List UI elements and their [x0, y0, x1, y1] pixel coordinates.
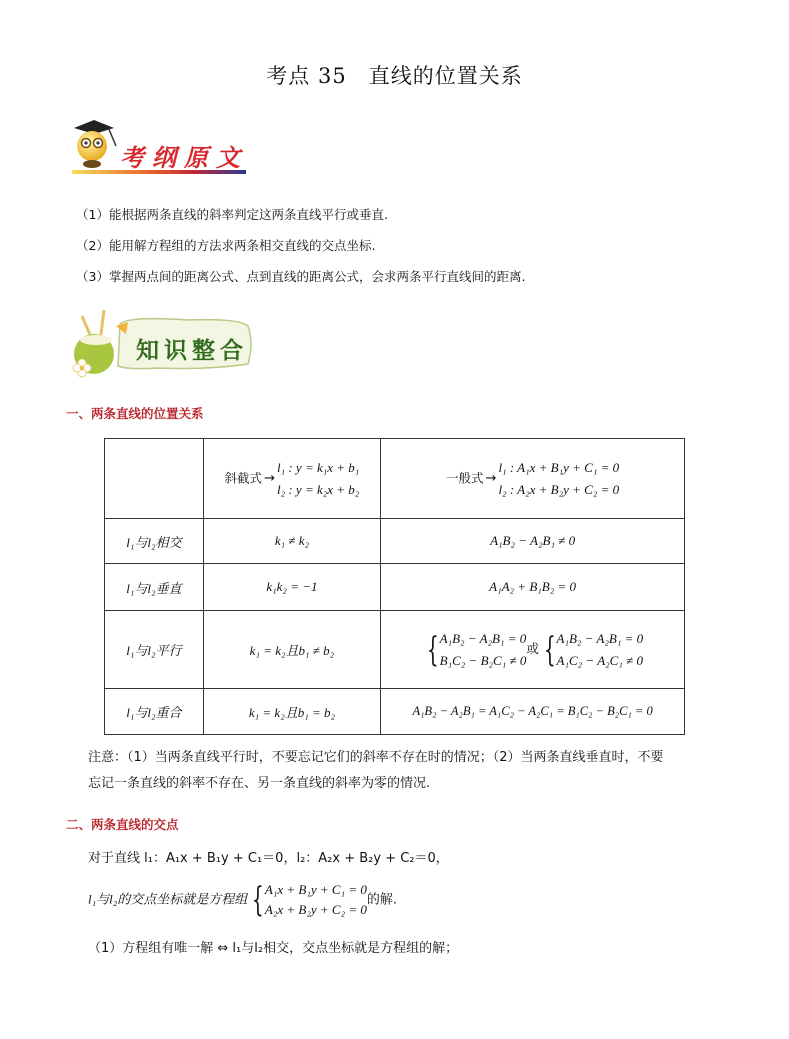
general-condition-cell: A₁A₂ + B₁B₂ = 0 — [381, 564, 685, 611]
objective-2: （2）能用解方程组的方法求两条相交直线的交点坐标. — [76, 238, 375, 254]
intersection-item-1: （1）方程组有唯一解 ⇔ l₁与l₂相交，交点坐标就是方程组的解； — [88, 936, 458, 962]
slope-eq-l2: l₂ : y = k₂x + b₂ — [277, 482, 359, 497]
objective-1: （1）能根据两条直线的斜率判定这两条直线平行或垂直. — [76, 207, 388, 223]
left-brace-icon: { — [544, 630, 556, 670]
general-condition-cell: {A₁B₂ − A₂B₁ = 0B₁C₂ − B₂C₁ ≠ 0或{A₁B₂ − … — [381, 611, 685, 689]
note-line-2: 忘记一条直线的斜率不存在、另一条直线的斜率为零的情况. — [88, 771, 728, 797]
header-general-form: 一般式→l₁ : A₁x + B₁y + C₁ = 0l₂ : A₂x + B₂… — [381, 439, 685, 519]
relation-cell: l₁与l₂垂直 — [105, 564, 204, 611]
general-eq-l1: l₁ : A₁x + B₁y + C₁ = 0 — [498, 460, 619, 475]
intersection-system-line: l₁与l₂的交点坐标就是方程组{A₁x + B₁y + C₁ = 0A₂x + … — [88, 880, 397, 920]
intersection-lines-definition: 对于直线 l₁：A₁x + B₁y + C₁＝0，l₂：A₂x + B₂y + … — [88, 846, 449, 872]
exam-outline-label: 考纲原文 — [120, 138, 248, 173]
general-condition-cell: A₁B₂ − A₂B₁ ≠ 0 — [381, 519, 685, 564]
relation-cell: l₁与l₂重合 — [105, 689, 204, 735]
table-header-row: 斜截式→l₁ : y = k₁x + b₁l₂ : y = k₂x + b₂ 一… — [105, 439, 685, 519]
slope-condition-cell: k₁k₂ = −1 — [203, 564, 380, 611]
section1-heading: 一、两条直线的位置关系 — [66, 404, 204, 422]
right-arrow-icon: → — [486, 471, 497, 486]
left-brace-icon: { — [252, 880, 264, 920]
relation-cell: l₁与l₂平行 — [105, 611, 204, 689]
slope-eq-l1: l₁ : y = k₁x + b₁ — [277, 460, 359, 475]
knowledge-label: 知识整合 — [136, 332, 248, 365]
table-row: l₁与l₂平行 k₁ = k₂且b₁ ≠ b₂ {A₁B₂ − A₂B₁ = 0… — [105, 611, 685, 689]
system-eq-1: A₁x + B₁y + C₁ = 0 — [265, 882, 367, 897]
note-paragraph: 注意：（1）当两条直线平行时，不要忘记它们的斜率不存在时的情况；（2）当两条直线… — [88, 745, 728, 797]
system-eq-2: A₂x + B₂y + C₂ = 0 — [265, 902, 367, 917]
title-main: 直线的位置关系 — [369, 64, 523, 88]
section2-heading: 二、两条直线的交点 — [66, 815, 179, 833]
slope-condition-cell: k₁ = k₂且b₁ ≠ b₂ — [203, 611, 380, 689]
slope-condition-cell: k₁ = k₂且b₁ = b₂ — [203, 689, 380, 735]
relation-table: 斜截式→l₁ : y = k₁x + b₁l₂ : y = k₂x + b₂ 一… — [104, 438, 685, 735]
exam-outline-banner: 考纲原文 — [68, 116, 248, 178]
note-line-1: 注意：（1）当两条直线平行时，不要忘记它们的斜率不存在时的情况；（2）当两条直线… — [88, 745, 728, 771]
general-condition-cell: A₁B₂ − A₂B₁ = A₁C₂ − A₂C₁ = B₁C₂ − B₂C₁ … — [381, 689, 685, 735]
knowledge-banner: 知识整合 — [68, 308, 253, 380]
objective-3: （3）掌握两点间的距离公式、点到直线的距离公式，会求两条平行直线间的距离. — [76, 269, 525, 285]
title-prefix: 考点 35 — [266, 64, 346, 88]
relation-cell: l₁与l₂相交 — [105, 519, 204, 564]
table-row: l₁与l₂相交 k₁ ≠ k₂ A₁B₂ − A₂B₁ ≠ 0 — [105, 519, 685, 564]
table-row: l₁与l₂重合 k₁ = k₂且b₁ = b₂ A₁B₂ − A₂B₁ = A₁… — [105, 689, 685, 735]
header-empty-cell — [105, 439, 204, 519]
slope-condition-cell: k₁ ≠ k₂ — [203, 519, 380, 564]
header-slope-form: 斜截式→l₁ : y = k₁x + b₁l₂ : y = k₂x + b₂ — [203, 439, 380, 519]
table-row: l₁与l₂垂直 k₁k₂ = −1 A₁A₂ + B₁B₂ = 0 — [105, 564, 685, 611]
general-eq-l2: l₂ : A₂x + B₂y + C₂ = 0 — [498, 482, 619, 497]
right-arrow-icon: → — [264, 471, 275, 486]
left-brace-icon: { — [427, 630, 439, 670]
page-title: 考点 35直线的位置关系 — [0, 60, 789, 90]
